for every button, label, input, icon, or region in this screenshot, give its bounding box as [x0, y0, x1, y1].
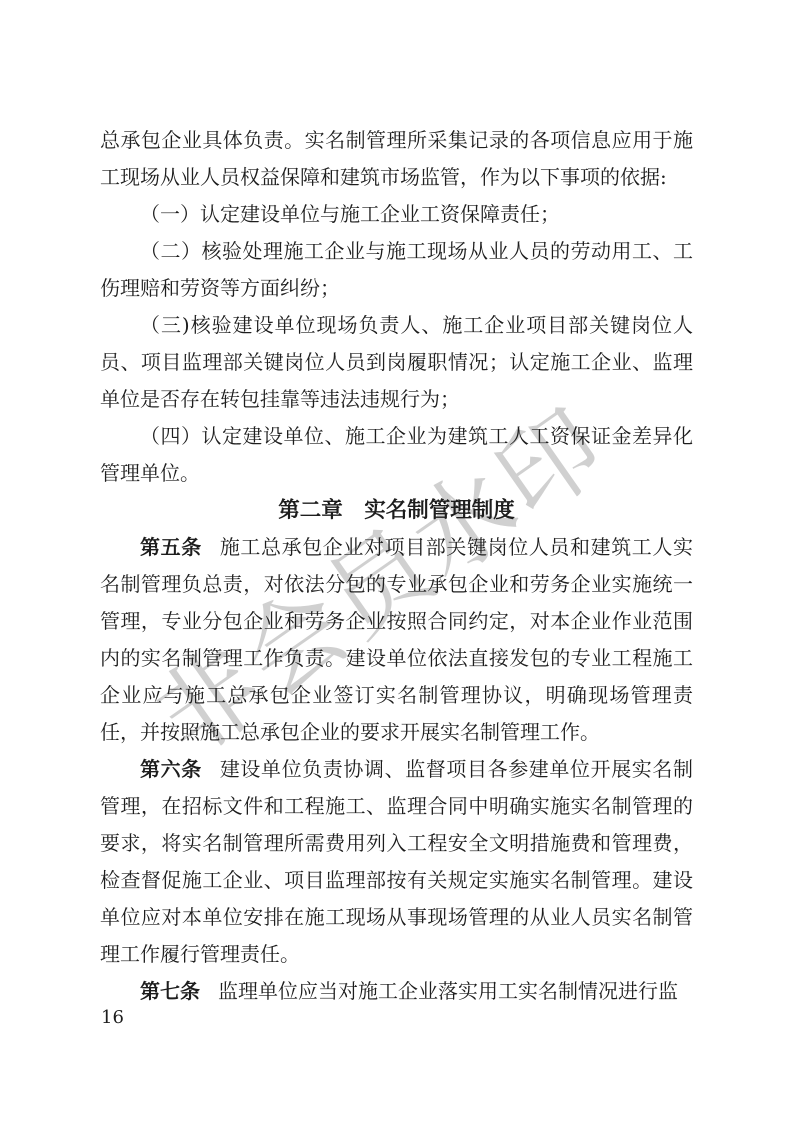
paragraph: 总承包企业具体负责。实名制管理所采集记录的各项信息应用于施工现场从业人员权益保障… — [100, 122, 693, 196]
paragraph: （三)核验建设单位现场负责人、施工企业项目部关键岗位人员、项目监理部关键岗位人员… — [100, 307, 693, 418]
article-paragraph: 第五条施工总承包企业对项目部关键岗位人员和建筑工人实名制管理负总责，对依法分包的… — [100, 529, 693, 751]
page-number: 16 — [101, 1006, 124, 1030]
article-number: 第五条 — [140, 535, 202, 559]
article-number: 第六条 — [140, 757, 202, 781]
paragraph: （四）认定建设单位、施工企业为建筑工人工资保证金差异化管理单位。 — [100, 418, 693, 492]
paragraph: （二）核验处理施工企业与施工现场从业人员的劳动用工、工伤理赔和劳资等方面纠纷； — [100, 233, 693, 307]
article-paragraph: 第七条监理单位应当对施工企业落实用工实名制情况进行监 — [100, 973, 693, 1010]
paragraph: （一）认定建设单位与施工企业工资保障责任； — [100, 196, 693, 233]
chapter-heading: 第二章 实名制管理制度 — [100, 492, 693, 529]
document-page: 非会员水印 总承包企业具体负责。实名制管理所采集记录的各项信息应用于施工现场从业… — [0, 0, 793, 1122]
article-number: 第七条 — [140, 979, 200, 1003]
document-body: 总承包企业具体负责。实名制管理所采集记录的各项信息应用于施工现场从业人员权益保障… — [100, 122, 693, 1010]
article-paragraph: 第六条建设单位负责协调、监督项目各参建单位开展实名制管理，在招标文件和工程施工、… — [100, 751, 693, 973]
